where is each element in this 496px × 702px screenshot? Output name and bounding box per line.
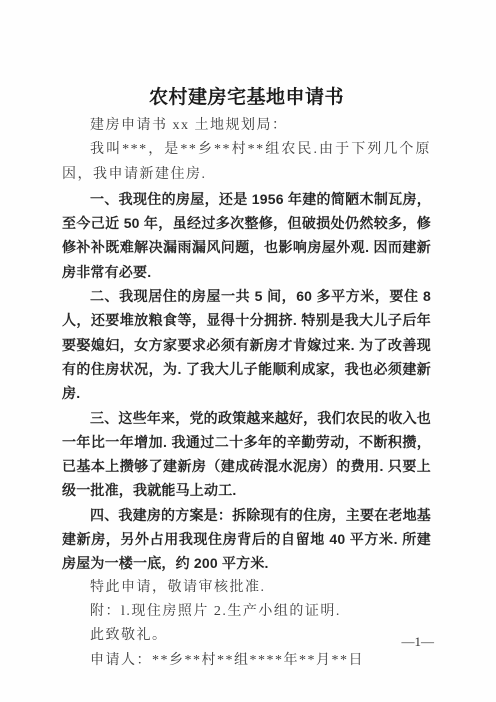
signature-date-line: 申请人：**乡**村**组****年**月**日 bbox=[62, 649, 431, 673]
reason-paragraph-1: 一、我现住的房屋，还是 1956 年建的简陋木制瓦房，至今己近 50 年，虽经过… bbox=[62, 187, 431, 284]
reason-paragraph-2: 二、我现居住的房屋一共 5 间，60 多平方米，要住 8 人，还要堆放粮食等，显… bbox=[62, 284, 431, 405]
salute-line: 此致敬礼。 bbox=[62, 624, 431, 648]
request-approval-line: 特此申请，敬请审核批准. bbox=[62, 576, 431, 600]
page-number: —1— bbox=[402, 634, 435, 650]
document-body: 农村建房宅基地申请书 建房申请书 xx 土地规划局： 我叫***，是**乡**村… bbox=[62, 60, 431, 673]
intro-paragraph: 我叫***，是**乡**村**组农民.由于下列几个原因，我申请新建住房. bbox=[62, 138, 431, 187]
reason-paragraph-3: 三、这些年来，党的政策越来越好，我们农民的收入也一年比一年增加. 我通过二十多年… bbox=[62, 406, 431, 503]
building-plan-paragraph: 四、我建房的方案是：拆除现有的住房，主要在老地基建新房，另外占用我现住房背后的自… bbox=[62, 503, 431, 576]
document-title: 农村建房宅基地申请书 bbox=[62, 85, 431, 111]
document-page: 农村建房宅基地申请书 建房申请书 xx 土地规划局： 我叫***，是**乡**村… bbox=[0, 0, 496, 702]
attachments-line: 附：l.现住房照片 2.生产小组的证明. bbox=[62, 600, 431, 624]
salutation-line: 建房申请书 xx 土地规划局： bbox=[62, 114, 431, 138]
